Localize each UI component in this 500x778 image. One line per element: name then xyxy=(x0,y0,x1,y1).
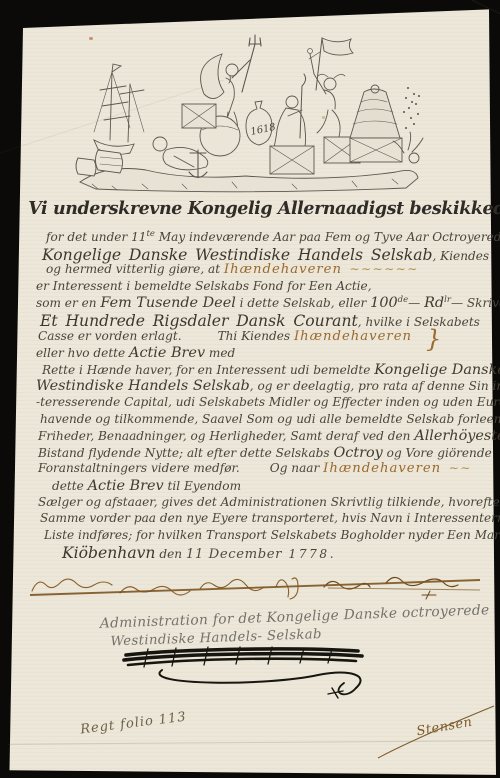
body-segment: Kiöbenhavn xyxy=(62,544,155,562)
body-line: havende og tilkommende, Saavel Som og ud… xyxy=(36,412,478,429)
body-segment: Actie Brev xyxy=(129,345,205,361)
body-segment: Allerhöyestes xyxy=(414,428,500,444)
body-segment: til Eyendom xyxy=(164,479,241,493)
body-line: som er en Fem Tusende Deel i dette Selsk… xyxy=(36,295,478,312)
body-segment: Ihændehaveren xyxy=(294,329,412,344)
body-segment: Sælger og afstaaer, gives det Administra… xyxy=(38,495,500,509)
body-segment: Ihændehaveren xyxy=(224,262,342,277)
body-segment: 11 December xyxy=(186,547,282,562)
body-line: for det under 11te May indeværende Aar p… xyxy=(36,229,478,246)
body-segment: Kongelige Danske Westindiske Handels Sel… xyxy=(42,246,432,264)
body-segment: Bistand flydende Nytte; alt efter dette … xyxy=(38,446,333,460)
body-line: Liste indføres; for hvilken Transport Se… xyxy=(36,528,478,545)
body-segment: dette xyxy=(52,479,88,493)
body-segment: i dette Selskab, eller xyxy=(236,296,370,310)
body-line: Casse er vorden erlagt.Thi Kiendes Ihænd… xyxy=(36,329,478,346)
body-segment: 100 xyxy=(370,295,397,311)
body-segment: ∼∼∼∼∼∼ xyxy=(342,262,419,276)
body-line: Friheder, Benaadninger, og Herligheder, … xyxy=(36,428,478,445)
body-segment: Casse er vorden erlagt. xyxy=(38,329,182,343)
scanned-share-certificate: 1618 xyxy=(0,0,500,778)
body-segment: og Vore giörende xyxy=(383,446,492,460)
body-segment: Et Hundrede Rigsdaler Dansk Courant xyxy=(40,312,358,330)
body-line: Foranstaltningers videre medfør.Og naar … xyxy=(36,461,478,478)
clerk-signature-text: Stensen xyxy=(415,715,473,740)
body-line: -teresserende Capital, udi Selskabets Mi… xyxy=(36,395,478,412)
body-segment: -teresserende Capital, udi Selskabets Mi… xyxy=(36,395,500,409)
body-segment: Og naar xyxy=(270,461,323,475)
body-segment: lr xyxy=(444,295,451,305)
body-segment: } xyxy=(426,325,441,353)
body-segment: Friheder, Benaadninger, og Herligheder, … xyxy=(38,429,414,443)
body-segment: Thi Kiendes xyxy=(218,329,294,343)
body-segment: Octroy xyxy=(333,445,382,461)
body-segment: Foranstaltningers videre medfør. xyxy=(38,461,240,475)
body-text: for det under 11te May indeværende Aar p… xyxy=(36,229,478,561)
body-segment: eller hvo dette xyxy=(36,346,129,360)
body-segment: 1778. xyxy=(282,547,336,561)
body-segment: havende og tilkommende, Saavel Som og ud… xyxy=(40,412,500,426)
body-line: Sælger og afstaaer, gives det Administra… xyxy=(36,495,478,512)
body-segment: May indeværende Aar paa Fem og Tyve Aar … xyxy=(155,230,500,244)
vignette-engraving: 1618 xyxy=(62,32,434,196)
body-segment: den xyxy=(155,547,185,561)
body-segment: , og er deelagtig, pro rata af denne Sin… xyxy=(250,379,500,393)
bees-dots xyxy=(403,87,420,129)
cherub-engraving xyxy=(153,137,208,178)
body-segment: som er en xyxy=(36,296,100,310)
body-line: Bistand flydende Nytte; alt efter dette … xyxy=(36,445,478,462)
body-segment: Westindiske Handels Selskab xyxy=(36,378,250,394)
flag-engraving xyxy=(309,38,353,90)
urn-engraving: 1618 xyxy=(246,101,277,145)
body-segment: Rette i Hænde haver, for en Interessent … xyxy=(42,363,374,377)
vignette-ground xyxy=(80,169,418,192)
body-segment: Samme vorder paa den nye Eyere transport… xyxy=(40,511,500,525)
body-segment: med xyxy=(205,346,235,360)
body-line: eller hvo dette Actie Brev med xyxy=(36,345,478,362)
body-line: er Interessent i bemeldte Selskabs Fond … xyxy=(36,279,478,296)
body-line: Westindiske Handels Selskab, og er deela… xyxy=(36,378,478,395)
body-line: Kongelige Danske Westindiske Handels Sel… xyxy=(36,246,478,263)
body-line: dette Actie Brev til Eyendom xyxy=(36,478,478,495)
body-segment: Actie Brev xyxy=(88,478,164,494)
body-segment: , hvilke i Selskabets xyxy=(358,315,480,329)
body-line: Et Hundrede Rigsdaler Dansk Courant, hvi… xyxy=(36,312,478,329)
beehive-stack-engraving xyxy=(350,85,402,162)
body-segment: Kongelige Danske xyxy=(374,362,500,378)
body-segment: — Skriver xyxy=(451,296,500,310)
body-segment: te xyxy=(146,229,154,239)
body-segment: , Kiendes xyxy=(432,249,489,263)
body-segment: ∼∼ xyxy=(441,461,472,475)
body-segment: Rd xyxy=(424,295,444,311)
body-segment: er Interessent i bemeldte Selskabs Fond … xyxy=(36,279,372,293)
certificate-heading: Vi underskrevne Kongelig Allernaadigst b… xyxy=(28,198,474,219)
body-line: Samme vorder paa den nye Eyere transport… xyxy=(36,511,478,528)
body-segment: — xyxy=(408,296,424,310)
body-segment: Liste indføres; for hvilken Transport Se… xyxy=(44,528,500,542)
body-segment: Ihændehaveren xyxy=(323,461,441,476)
clerk-signature: Stensen xyxy=(376,696,498,762)
cancelled-signature-scribble xyxy=(118,644,388,702)
body-segment: for det under 11 xyxy=(46,230,146,244)
body-line: og hermed vitterlig giøre, at Ihændehave… xyxy=(36,262,478,279)
body-segment: Fem Tusende Deel xyxy=(100,295,235,311)
body-line: Rette i Hænde haver, for en Interessent … xyxy=(36,362,478,379)
body-segment: og hermed vitterlig giøre, at xyxy=(46,262,224,276)
body-segment: de xyxy=(398,295,408,305)
body-line: Kiöbenhavn den 11 December 1778. xyxy=(36,544,478,561)
ship-engraving xyxy=(94,64,144,154)
